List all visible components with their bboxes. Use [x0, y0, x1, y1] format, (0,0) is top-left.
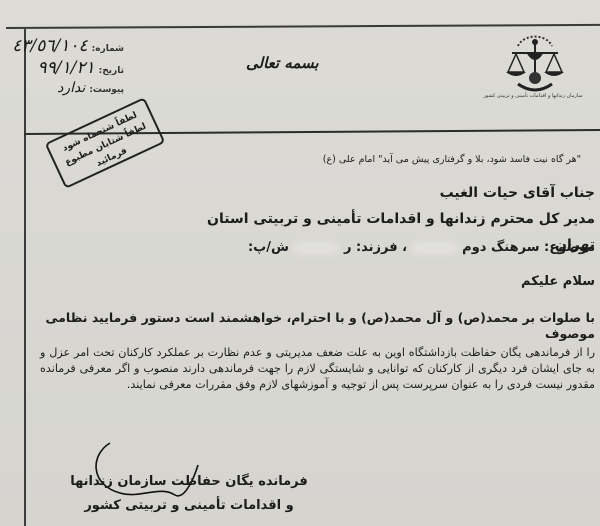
bismillah-heading: بسمه تعالی — [246, 54, 319, 72]
body-first-line: با صلوات بر محمد(ص) و آل محمد(ص) و با اح… — [40, 310, 595, 342]
date-label: تاریخ: — [99, 66, 124, 76]
number-label: شماره: — [92, 44, 124, 54]
subject-prefix: موضوع: سرهنگ دوم — [462, 240, 595, 255]
date-value: ٩٩/١/٢١ — [37, 58, 94, 78]
signature-block: فرمانده یگان حفاظت سازمان زندانها و اقدا… — [60, 470, 318, 518]
body-text: را از فرماندهی یگان حفاظت بازداشتگاه اوی… — [40, 346, 595, 391]
subject-child-label: ، فرزند: ر — [344, 240, 407, 255]
attachment-label: پیوست: — [89, 85, 124, 95]
subject-id-label: ش/پ: — [248, 240, 289, 255]
organization-name: سازمان زندانها و اقدامات تأمینی و تربیتی… — [470, 93, 596, 99]
recipient-name: جناب آقای حیات الغیب — [200, 180, 595, 206]
left-border-line — [24, 29, 26, 526]
greeting: سلام علیکم — [300, 274, 595, 289]
redacted-father — [293, 241, 339, 255]
scales-of-justice-icon — [498, 28, 572, 96]
header-quote: "هر گاه نیت فاسد شود، بلا و گرفتاری پیش … — [176, 154, 581, 165]
number-value: ٤٣/٥٦/١٠٤ — [12, 36, 87, 56]
attachment-value: ندارد — [57, 80, 85, 96]
redacted-name — [412, 241, 458, 255]
meta-date: تاریخ: ٩٩/١/٢١ — [14, 58, 124, 80]
meta-number: شماره: ٤٣/٥٦/١٠٤ — [14, 36, 124, 58]
priority-stamp: لطفاً شتحماه شود لطفاً شتابان مطبوع فرما… — [45, 97, 166, 189]
letter-meta: شماره: ٤٣/٥٦/١٠٤ تاریخ: ٩٩/١/٢١ پیوست: ن… — [14, 36, 124, 102]
signature-title-1: فرمانده یگان حفاظت سازمان زندانها — [60, 470, 318, 494]
meta-attachment: پیوست: ندارد — [14, 80, 124, 102]
subject-line: موضوع: سرهنگ دوم ، فرزند: ر ش/پ: — [200, 240, 595, 255]
signature-title-2: و اقدامات تأمینی و تربیتی کشور — [60, 494, 318, 518]
letter-body: با صلوات بر محمد(ص) و آل محمد(ص) و با اح… — [40, 310, 595, 393]
letter-page: شماره: ٤٣/٥٦/١٠٤ تاریخ: ٩٩/١/٢١ پیوست: ن… — [0, 0, 600, 526]
